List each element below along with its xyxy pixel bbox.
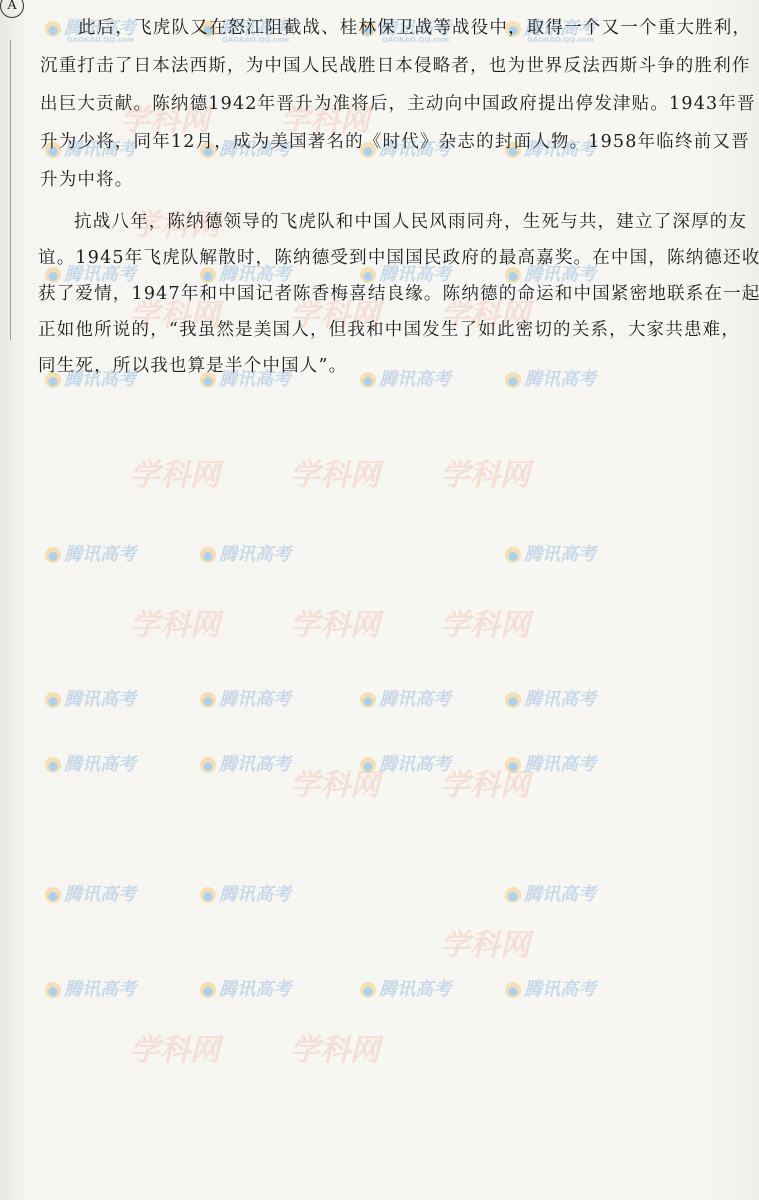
watermark-text: 腾讯高考	[219, 544, 291, 565]
watermark-text: 腾讯高考	[524, 754, 596, 775]
watermark-text: 腾讯高考	[379, 689, 451, 710]
watermark-text: 腾讯高考	[524, 689, 596, 710]
tencent-logo-icon	[200, 692, 216, 708]
watermark-text: 腾讯高考	[64, 544, 136, 565]
watermark-tencent-logo: 腾讯高考	[45, 880, 136, 906]
watermark-tencent-logo: 腾讯高考	[360, 750, 451, 776]
tencent-logo-icon	[45, 21, 61, 37]
tencent-logo-icon	[45, 982, 61, 998]
watermark-xueke: 学科网	[440, 920, 530, 964]
tencent-logo-icon	[505, 692, 521, 708]
watermark-tencent-logo: 腾讯高考	[45, 685, 136, 711]
passage-line: 获了爱情，1947年和中国记者陈香梅喜结良缘。陈纳德的命运和中国紧密地联系在一起…	[38, 280, 759, 305]
tencent-logo-icon	[200, 757, 216, 773]
watermark-xueke: 学科网	[290, 1025, 380, 1069]
passage-line: 出巨大贡献。陈纳德1942年晋升为准将后，主动向中国政府提出停发津贴。1943年…	[40, 90, 756, 115]
tencent-logo-icon	[45, 757, 61, 773]
tencent-logo-icon	[45, 692, 61, 708]
watermark-text: 腾讯高考	[524, 369, 596, 390]
tencent-logo-icon	[360, 372, 376, 388]
watermark-tencent-logo: 腾讯高考	[505, 365, 596, 391]
watermark-text: 腾讯高考	[64, 979, 136, 1000]
tencent-logo-icon	[360, 757, 376, 773]
passage-line: 升为少将，同年12月，成为美国著名的《时代》杂志的封面人物。1958年临终前又晋	[40, 128, 750, 153]
section-mark-circle: A	[0, 0, 24, 18]
watermark-tencent-logo: 腾讯高考	[505, 750, 596, 776]
margin-rule	[10, 40, 11, 340]
passage-line: 抗战八年，陈纳德领导的飞虎队和中国人民风雨同舟，生死与共，建立了深厚的友	[74, 208, 747, 233]
passage-line: 同生死，所以我也算是半个中国人”。	[38, 352, 347, 377]
tencent-logo-icon	[360, 692, 376, 708]
watermark-xueke: 学科网	[440, 450, 530, 494]
watermark-text: 腾讯高考	[64, 884, 136, 905]
passage-line: 正如他所说的，“我虽然是美国人，但我和中国发生了如此密切的关系，大家共患难，	[38, 316, 740, 341]
watermark-text: 腾讯高考	[379, 369, 451, 390]
watermark-xueke: 学科网	[130, 600, 220, 644]
watermark-tencent-logo: 腾讯高考	[45, 975, 136, 1001]
watermark-tencent-logo: 腾讯高考	[360, 365, 451, 391]
watermark-tencent-logo: 腾讯高考	[200, 540, 291, 566]
watermark-text: 腾讯高考	[379, 979, 451, 1000]
tencent-logo-icon	[505, 982, 521, 998]
watermark-text: 腾讯高考	[219, 979, 291, 1000]
watermark-tencent-logo: 腾讯高考	[505, 880, 596, 906]
watermark-tencent-logo: 腾讯高考	[505, 540, 596, 566]
watermark-xueke: 学科网	[440, 760, 530, 804]
watermark-text: 腾讯高考	[64, 689, 136, 710]
watermark-text: 腾讯高考	[219, 754, 291, 775]
watermark-xueke: 学科网	[130, 450, 220, 494]
tencent-logo-icon	[505, 547, 521, 563]
watermark-text: 腾讯高考	[524, 979, 596, 1000]
watermark-xueke: 学科网	[290, 600, 380, 644]
watermark-tencent-logo: 腾讯高考	[45, 750, 136, 776]
watermark-tencent-logo: 腾讯高考	[360, 685, 451, 711]
passage-line: 谊。1945年飞虎队解散时，陈纳德受到中国国民政府的最高嘉奖。在中国，陈纳德还收	[38, 244, 759, 269]
watermark-text: 腾讯高考	[379, 754, 451, 775]
exam-page: A 腾讯高考GAOKAO.QQ.com 腾讯高考GAOKAO.QQ.com 腾讯…	[0, 0, 759, 1200]
passage-line: 此后，飞虎队又在怒江阻截战、桂林保卫战等战役中，取得一个又一个重大胜利，	[78, 14, 751, 39]
watermark-tencent-logo: 腾讯高考	[200, 685, 291, 711]
watermark-tencent-logo: 腾讯高考	[200, 975, 291, 1001]
passage-line: 升为中将。	[40, 166, 134, 191]
tencent-logo-icon	[505, 887, 521, 903]
tencent-logo-icon	[505, 757, 521, 773]
tencent-logo-icon	[360, 982, 376, 998]
tencent-logo-icon	[200, 887, 216, 903]
watermark-xueke: 学科网	[290, 450, 380, 494]
tencent-logo-icon	[45, 547, 61, 563]
watermark-text: 腾讯高考	[64, 754, 136, 775]
tencent-logo-icon	[45, 887, 61, 903]
tencent-logo-icon	[505, 372, 521, 388]
watermark-tencent-logo: 腾讯高考	[45, 540, 136, 566]
passage-line: 沉重打击了日本法西斯，为中国人民战胜日本侵略者，也为世界反法西斯斗争的胜利作	[40, 52, 751, 77]
watermark-tencent-logo: 腾讯高考	[505, 975, 596, 1001]
watermark-xueke: 学科网	[290, 760, 380, 804]
watermark-xueke: 学科网	[130, 1025, 220, 1069]
watermark-text: 腾讯高考	[219, 689, 291, 710]
tencent-logo-icon	[200, 982, 216, 998]
watermark-tencent-logo: 腾讯高考	[200, 880, 291, 906]
watermark-tencent-logo: 腾讯高考	[200, 750, 291, 776]
watermark-xueke: 学科网	[440, 600, 530, 644]
watermark-tencent-logo: 腾讯高考	[360, 975, 451, 1001]
watermark-text: 腾讯高考	[524, 884, 596, 905]
watermark-text: 腾讯高考	[219, 884, 291, 905]
tencent-logo-icon	[200, 547, 216, 563]
watermark-text: 腾讯高考	[524, 544, 596, 565]
watermark-tencent-logo: 腾讯高考	[505, 685, 596, 711]
